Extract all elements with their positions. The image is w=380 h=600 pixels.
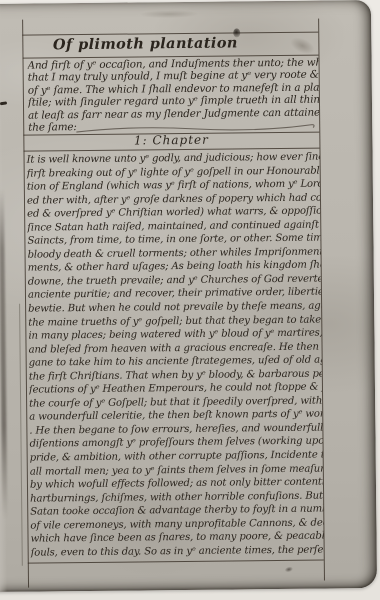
manuscript-text-line: ſouls, even to this day. So as in yᵉ anc… [31, 543, 324, 560]
chapter-heading: 1: Chapter [23, 132, 319, 151]
manuscript-photo: Of plimoth plantation And firſt of yᵉ oc… [0, 0, 380, 600]
ruled-line-left-margin-inner [19, 304, 23, 566]
manuscript-page: Of plimoth plantation And firſt of yᵉ oc… [0, 0, 377, 592]
margin-tick-mark [0, 101, 7, 105]
page-title: Of plimoth plantation [22, 34, 318, 57]
body-paragraph: It is well knowne unto yᵉ godly, and jud… [27, 151, 324, 563]
stain-top-edge [139, 10, 199, 19]
binding-gutter-shadow [0, 189, 7, 519]
ink-blot [233, 28, 240, 37]
ink-mark-bottom [284, 566, 293, 573]
